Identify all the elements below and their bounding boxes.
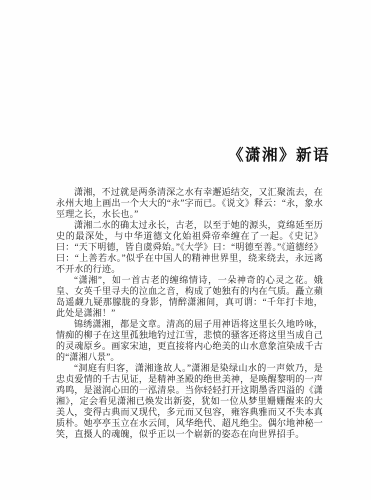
document-page: 《潇湘》新语 潇湘，不过就是两条清深之水有幸邂逅结交，又汇聚流去，在永州大地上画… [0,0,371,500]
paragraph-5: “洞庭有归客，潇湘逢故人。”潇湘是染绿山水的一声欸乃，是忠贞爱情的千古见证，是精… [56,363,323,440]
paragraph-3: “潇湘”，如一首古老的缠绵情诗，一朵神奇的心灵之花。娥皇、女英千里寻夫的泣血之音… [56,275,323,319]
text-block: 《潇湘》新语 潇湘，不过就是两条清深之水有幸邂逅结交，又汇聚流去，在永州大地上画… [56,146,323,440]
paragraph-1: 潇湘，不过就是两条清深之水有幸邂逅结交，又汇聚流去，在永州大地上画出一个大大的“… [56,187,323,220]
document-body: 潇湘，不过就是两条清深之水有幸邂逅结交，又汇聚流去，在永州大地上画出一个大大的“… [56,187,323,440]
page-title: 《潇湘》新语 [56,146,330,165]
paragraph-2: 潇湘二水的确太过永长，古老，以至于她的源头，竟绵延至历史的最深处，与中华道德文化… [56,220,323,275]
paragraph-4: 锦绣潇湘，都是文章。清高的屈子用神语将这里长久地吟咏，情痴的柳子在这里孤独地钓过… [56,319,323,363]
